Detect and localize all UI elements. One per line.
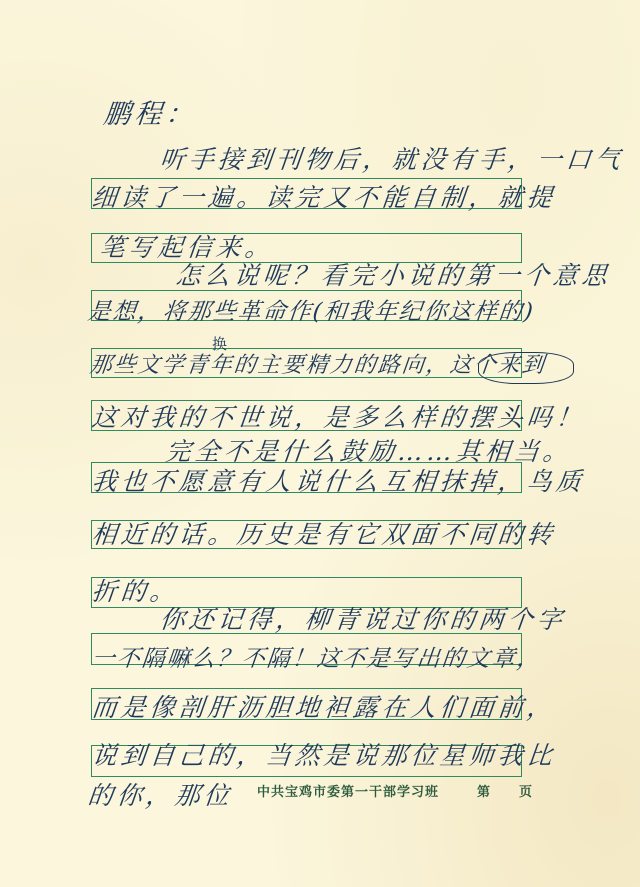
footer-page-label: 第 xyxy=(477,785,491,800)
letter-line-7: 这对我的不世说，是多么样的摆头吗！ xyxy=(90,398,587,434)
letter-line-4: 怎么说呢？看完小说的第一个意思 xyxy=(174,256,613,292)
letter-page: 鹏程： 听手接到刊物后，就没有手，一口气 细读了一遍。读完又不能自制，就提 笔写… xyxy=(0,0,640,887)
stationery-footer: 中共宝鸡市委第一干部学习班第页 xyxy=(257,781,533,800)
letter-line-2: 细读了一遍。读完又不能自制，就提 xyxy=(90,178,558,214)
letter-line-10: 相近的话。历史是有它双面不同的转 xyxy=(90,515,558,551)
letter-line-1: 听手接到刊物后，就没有手，一口气 xyxy=(158,140,626,176)
salutation: 鹏程： xyxy=(102,92,199,131)
footer-page-suffix: 页 xyxy=(519,785,533,800)
letter-line-14: 而是像剖肝沥胆地袒露在人们面前， xyxy=(90,688,558,724)
letter-line-5: 是想，将那些革命作(和我年纪你这样的) xyxy=(86,293,536,326)
footer-organization: 中共宝鸡市委第一干部学习班 xyxy=(257,785,439,800)
letter-line-16: 的你，那位 xyxy=(86,776,235,812)
letter-line-15: 说到自己的，当然是说那位星师我比 xyxy=(90,736,558,772)
letter-line-9: 我也不愿意有人说什么互相抹掉，鸟质 xyxy=(90,462,587,498)
letter-line-13: 一不隔嘛么？不隔！这不是写出的文章， xyxy=(90,640,543,673)
crossed-out-scribble xyxy=(478,352,574,384)
letter-line-12: 你还记得，柳青说过你的两个字 xyxy=(158,600,568,636)
